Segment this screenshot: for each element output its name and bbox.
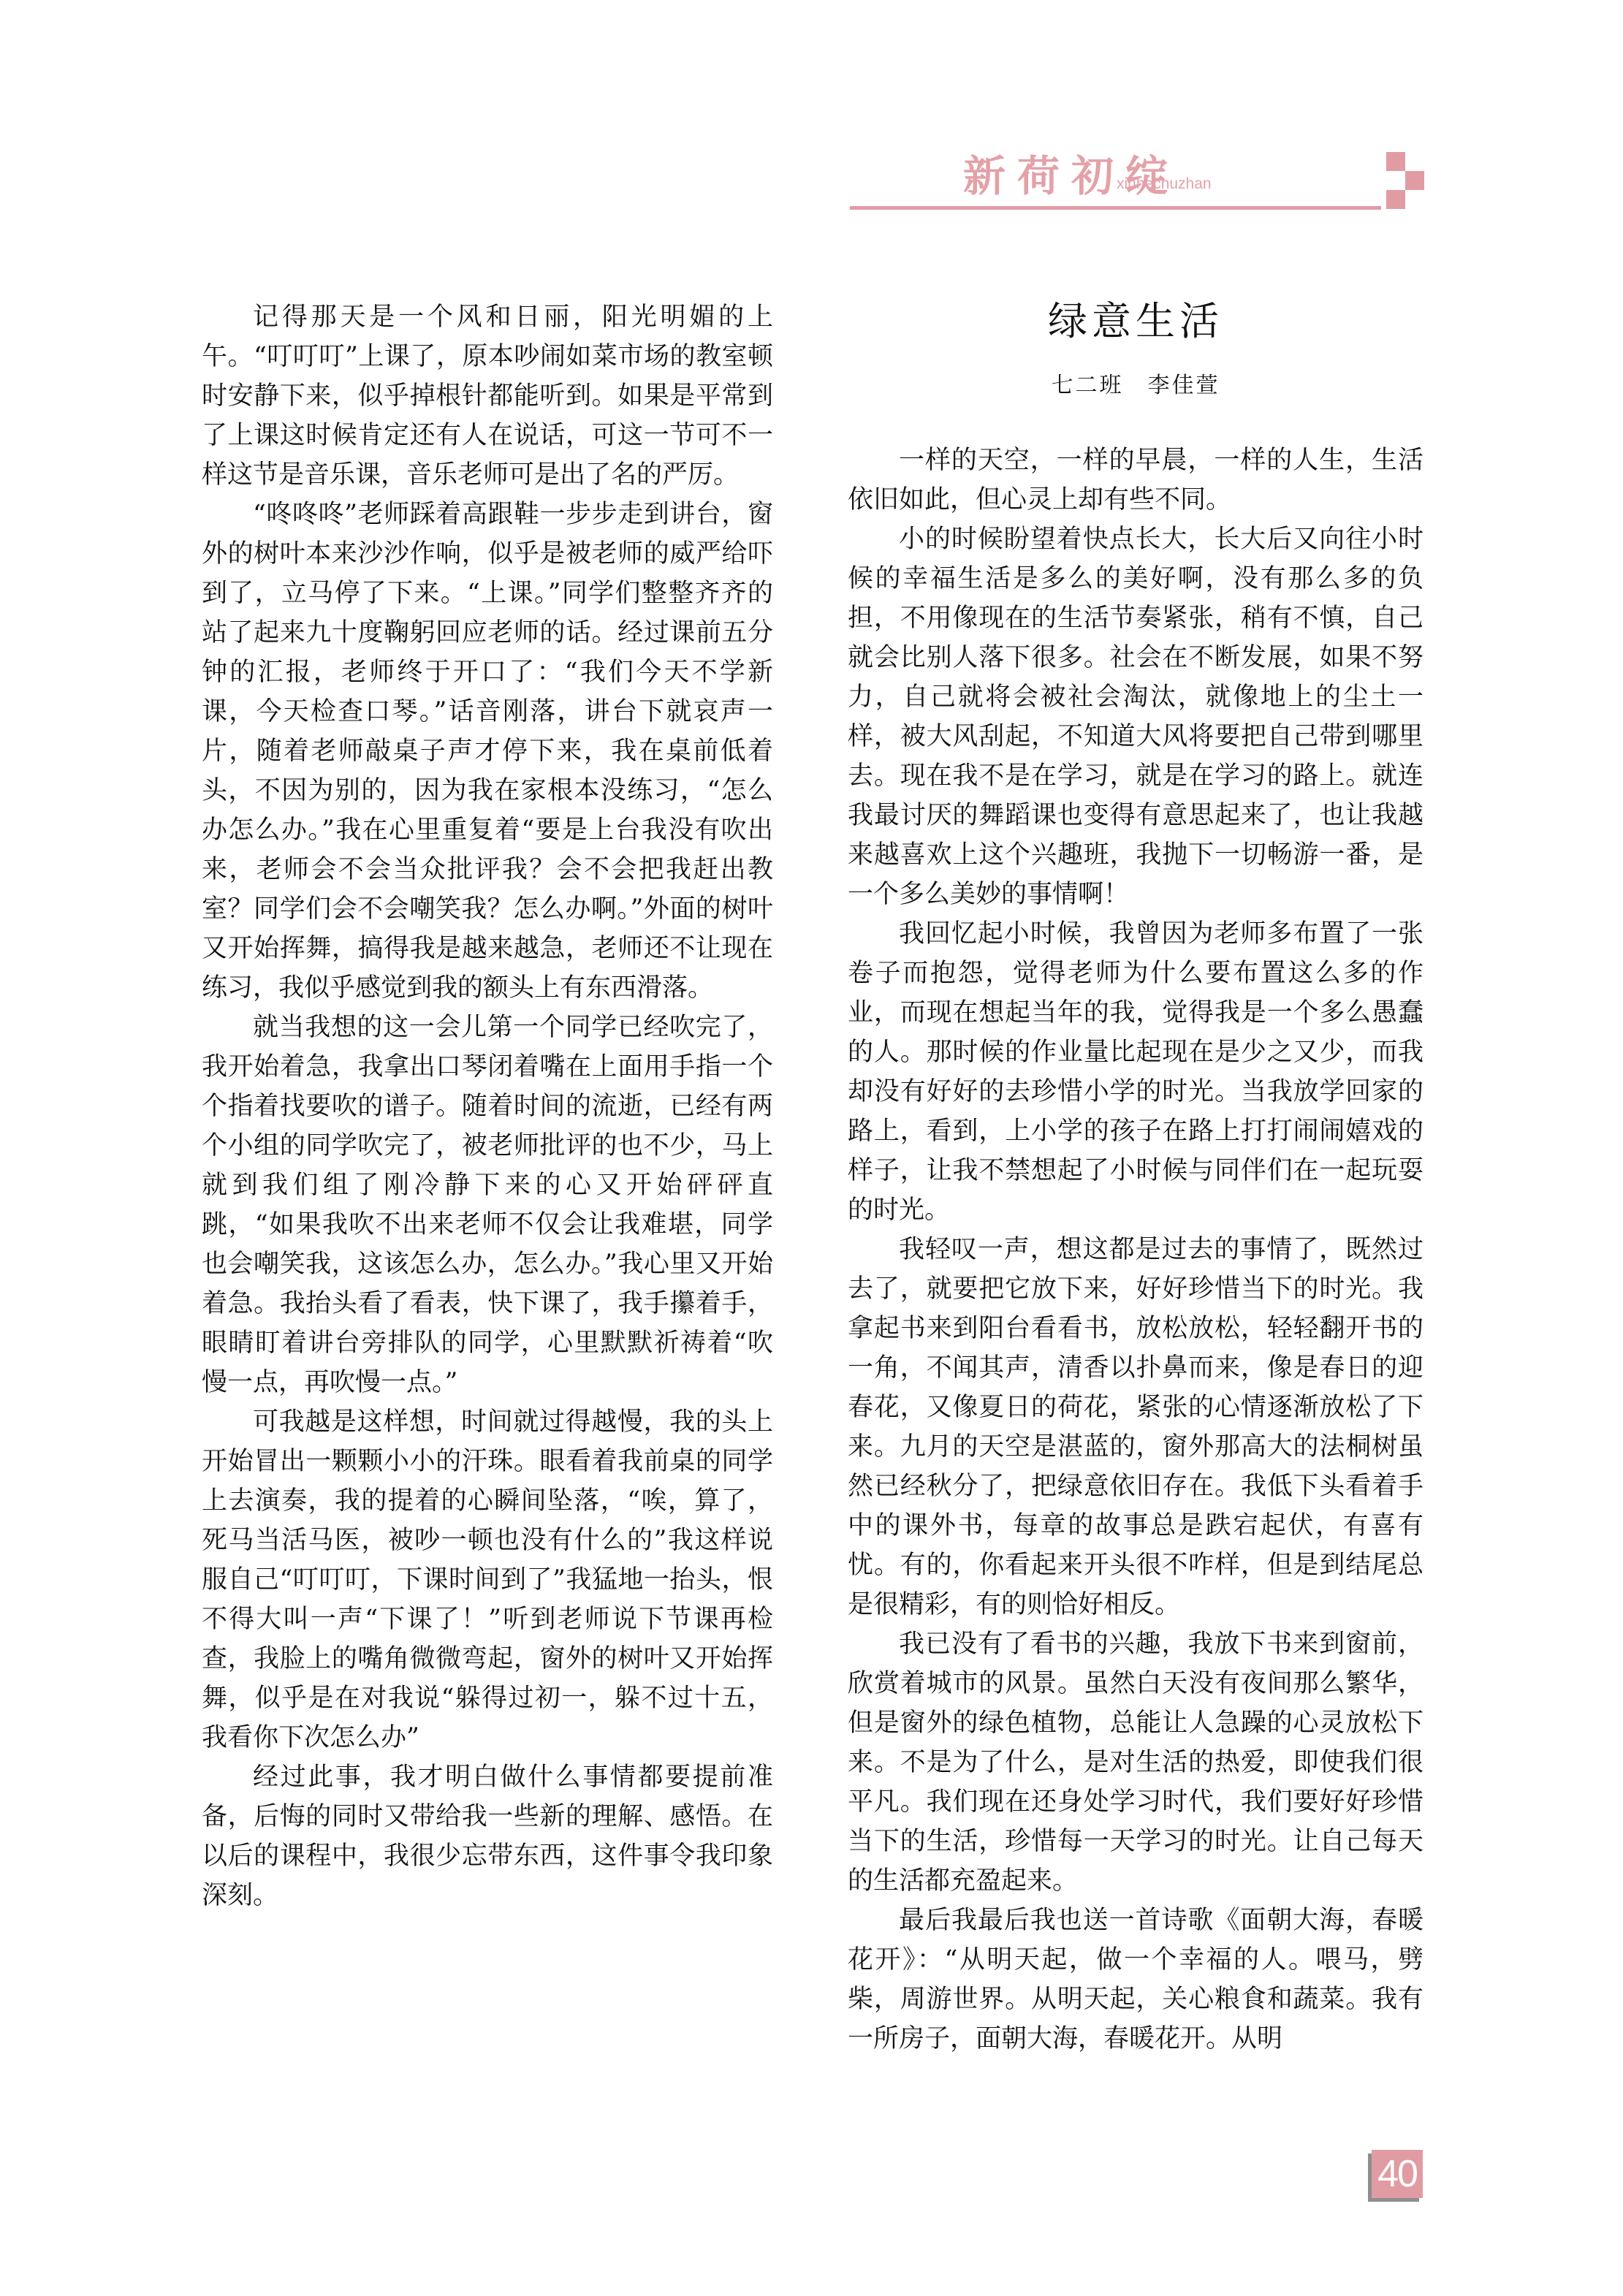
decorative-square-icon	[1405, 171, 1424, 190]
right-article-column: 一样的天空，一样的早晨，一样的人生，生活依旧如此，但心灵上却有些不同。 小的时候…	[848, 441, 1424, 2059]
paragraph: 我已没有了看书的兴趣，我放下书来到窗前，欣赏着城市的风景。虽然白天没有夜间那么繁…	[848, 1624, 1424, 1901]
paragraph: 一样的天空，一样的早晨，一样的人生，生活依旧如此，但心灵上却有些不同。	[848, 441, 1424, 520]
page-number: 40	[1372, 2150, 1423, 2198]
page-header: 新荷初绽 xinhechuzhan	[0, 0, 1623, 234]
article-title: 绿意生活	[848, 296, 1424, 347]
article-byline: 七二班 李佳萱	[848, 371, 1424, 400]
paragraph: 经过此事，我才明白做什么事情都要提前准备，后悔的同时又带给我一些新的理解、感悟。…	[202, 1757, 773, 1915]
header-rule	[850, 206, 1381, 210]
paragraph: 可我越是这样想，时间就过得越慢，我的头上开始冒出一颗颗小小的汗珠。眼看着我前桌的…	[202, 1402, 773, 1757]
paragraph: 小的时候盼望着快点长大，长大后又向往小时候的幸福生活是多么的美好啊，没有那么多的…	[848, 520, 1424, 914]
paragraph: 就当我想的这一会儿第一个同学已经吹完了，我开始着急，我拿出口琴闭着嘴在上面用手指…	[202, 1008, 773, 1402]
paragraph: 我回忆起小时候，我曾因为老师多布置了一张卷子而抱怨，觉得老师为什么要布置这么多的…	[848, 914, 1424, 1230]
left-article-column: 记得那天是一个风和日丽，阳光明媚的上午。“叮叮叮”上课了，原本吵闹如菜市场的教室…	[202, 297, 773, 1915]
paragraph: “咚咚咚”老师踩着高跟鞋一步步走到讲台，窗外的树叶本来沙沙作响，似乎是被老师的威…	[202, 495, 773, 1008]
paragraph: 我轻叹一声，想这都是过去的事情了，既然过去了，就要把它放下来，好好珍惜当下的时光…	[848, 1230, 1424, 1624]
decorative-square-icon	[1386, 152, 1405, 171]
decorative-square-icon	[1386, 190, 1405, 209]
paragraph: 记得那天是一个风和日丽，阳光明媚的上午。“叮叮叮”上课了，原本吵闹如菜市场的教室…	[202, 297, 773, 495]
section-pinyin: xinhechuzhan	[1117, 175, 1212, 193]
paragraph: 最后我最后我也送一首诗歌《面朝大海，春暖花开》：“从明天起，做一个幸福的人。喂马…	[848, 1901, 1424, 2059]
